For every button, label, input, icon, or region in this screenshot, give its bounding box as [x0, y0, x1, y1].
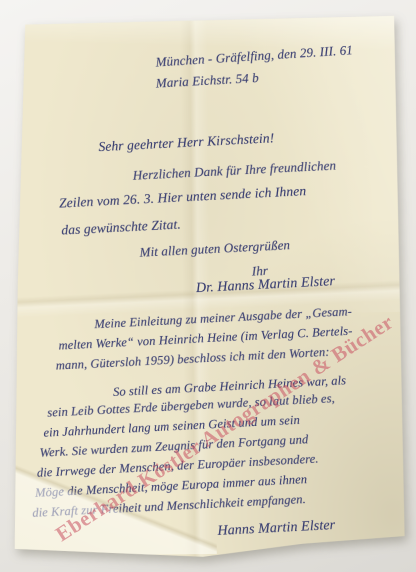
letter-content: München - Gräfelfing, den 29. III. 61Mar… [7, 12, 405, 562]
closing-line: Mit allen guten Ostergrüßen [139, 237, 290, 261]
signature-line: Hanns Martin Elster [217, 518, 335, 540]
body-line: das gewünschte Zitat. [61, 216, 181, 238]
salutation-line: Sehr geehrter Herr Kirschstein! [98, 130, 275, 155]
body-line: Herzlichen Dank für Ihre freundlichen [132, 157, 336, 183]
signature-line: Dr. Hanns Martin Elster [196, 274, 336, 297]
body-line: Zeilen vom 26. 3. Hier unten sende ich I… [59, 183, 307, 211]
letter-paper-surface: München - Gräfelfing, den 29. III. 61Mar… [7, 12, 405, 562]
address-line: Maria Eichstr. 54 b [155, 70, 259, 92]
letter-photo: München - Gräfelfing, den 29. III. 61Mar… [0, 0, 416, 572]
dateline: München - Gräfelfing, den 29. III. 61 [155, 42, 353, 70]
letter-paper: München - Gräfelfing, den 29. III. 61Mar… [7, 12, 405, 562]
